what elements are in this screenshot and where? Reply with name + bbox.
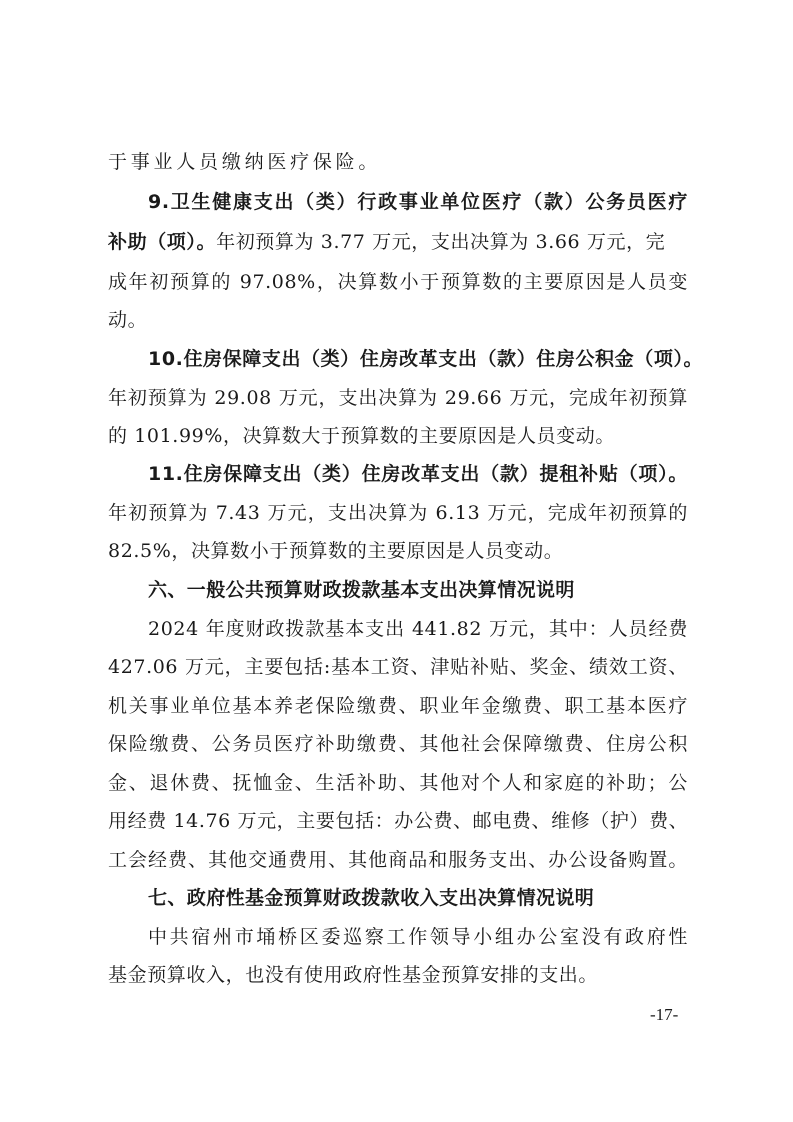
section-6-line-5: 金、退休费、抚恤金、生活补助、其他对个人和家庭的补助；公 xyxy=(108,771,688,795)
item-9-text: 年初预算为 3.77 万元，支出决算为 3.66 万元，完 xyxy=(216,231,665,253)
section-7-line-1: 中共宿州市埇桥区委巡察工作领导小组办公室没有政府性 xyxy=(148,925,688,949)
item-10-line-2: 年初预算为 29.08 万元，支出决算为 29.66 万元，完成年初预算 xyxy=(108,386,688,410)
item-11-line-3: 82.5%，决算数小于预算数的主要原因是人员变动。 xyxy=(108,539,688,563)
item-11-title: 11.住房保障支出（类）住房改革支出（款）提租补贴（项）。 xyxy=(148,462,688,486)
page-number: -17- xyxy=(650,1005,678,1025)
section-7-line-2: 基金预算收入，也没有使用政府性基金预算安排的支出。 xyxy=(108,963,688,987)
section-6-heading: 六、一般公共预算财政拨款基本支出决算情况说明 xyxy=(148,578,688,602)
section-6-line-2: 427.06 万元，主要包括:基本工资、津贴补贴、奖金、绩效工资、 xyxy=(108,655,688,679)
section-7-heading: 七、政府性基金预算财政拨款收入支出决算情况说明 xyxy=(148,886,688,910)
item-9-line-3: 成年初预算的 97.08%，决算数小于预算数的主要原因是人员变 xyxy=(108,270,688,294)
section-6-line-3: 机关事业单位基本养老保险缴费、职业年金缴费、职工基本医疗 xyxy=(108,694,688,718)
item-9-line-2: 补助（项）。年初预算为 3.77 万元，支出决算为 3.66 万元，完 xyxy=(108,230,688,254)
item-9-title: 9.卫生健康支出（类）行政事业单位医疗（款）公务员医疗 xyxy=(148,190,688,214)
paragraph-continuation: 于事业人员缴纳医疗保险。 xyxy=(108,150,378,174)
item-10-line-3: 的 101.99%，决算数大于预算数的主要原因是人员变动。 xyxy=(108,424,688,448)
item-10-title: 10.住房保障支出（类）住房改革支出（款）住房公积金（项）。 xyxy=(148,347,688,371)
section-6-line-1: 2024 年度财政拨款基本支出 441.82 万元，其中：人员经费 xyxy=(148,617,688,641)
document-page: 于事业人员缴纳医疗保险。 9.卫生健康支出（类）行政事业单位医疗（款）公务员医疗… xyxy=(0,0,793,1122)
item-9-line-4: 动。 xyxy=(108,308,688,332)
section-6-line-4: 保险缴费、公务员医疗补助缴费、其他社会保障缴费、住房公积 xyxy=(108,732,688,756)
section-6-line-7: 工会经费、其他交通费用、其他商品和服务支出、办公设备购置。 xyxy=(108,848,688,872)
item-9-title-end: 补助（项）。 xyxy=(108,231,216,253)
item-11-line-2: 年初预算为 7.43 万元，支出决算为 6.13 万元，完成年初预算的 xyxy=(108,501,688,525)
section-6-line-6: 用经费 14.76 万元，主要包括：办公费、邮电费、维修（护）费、 xyxy=(108,809,688,833)
